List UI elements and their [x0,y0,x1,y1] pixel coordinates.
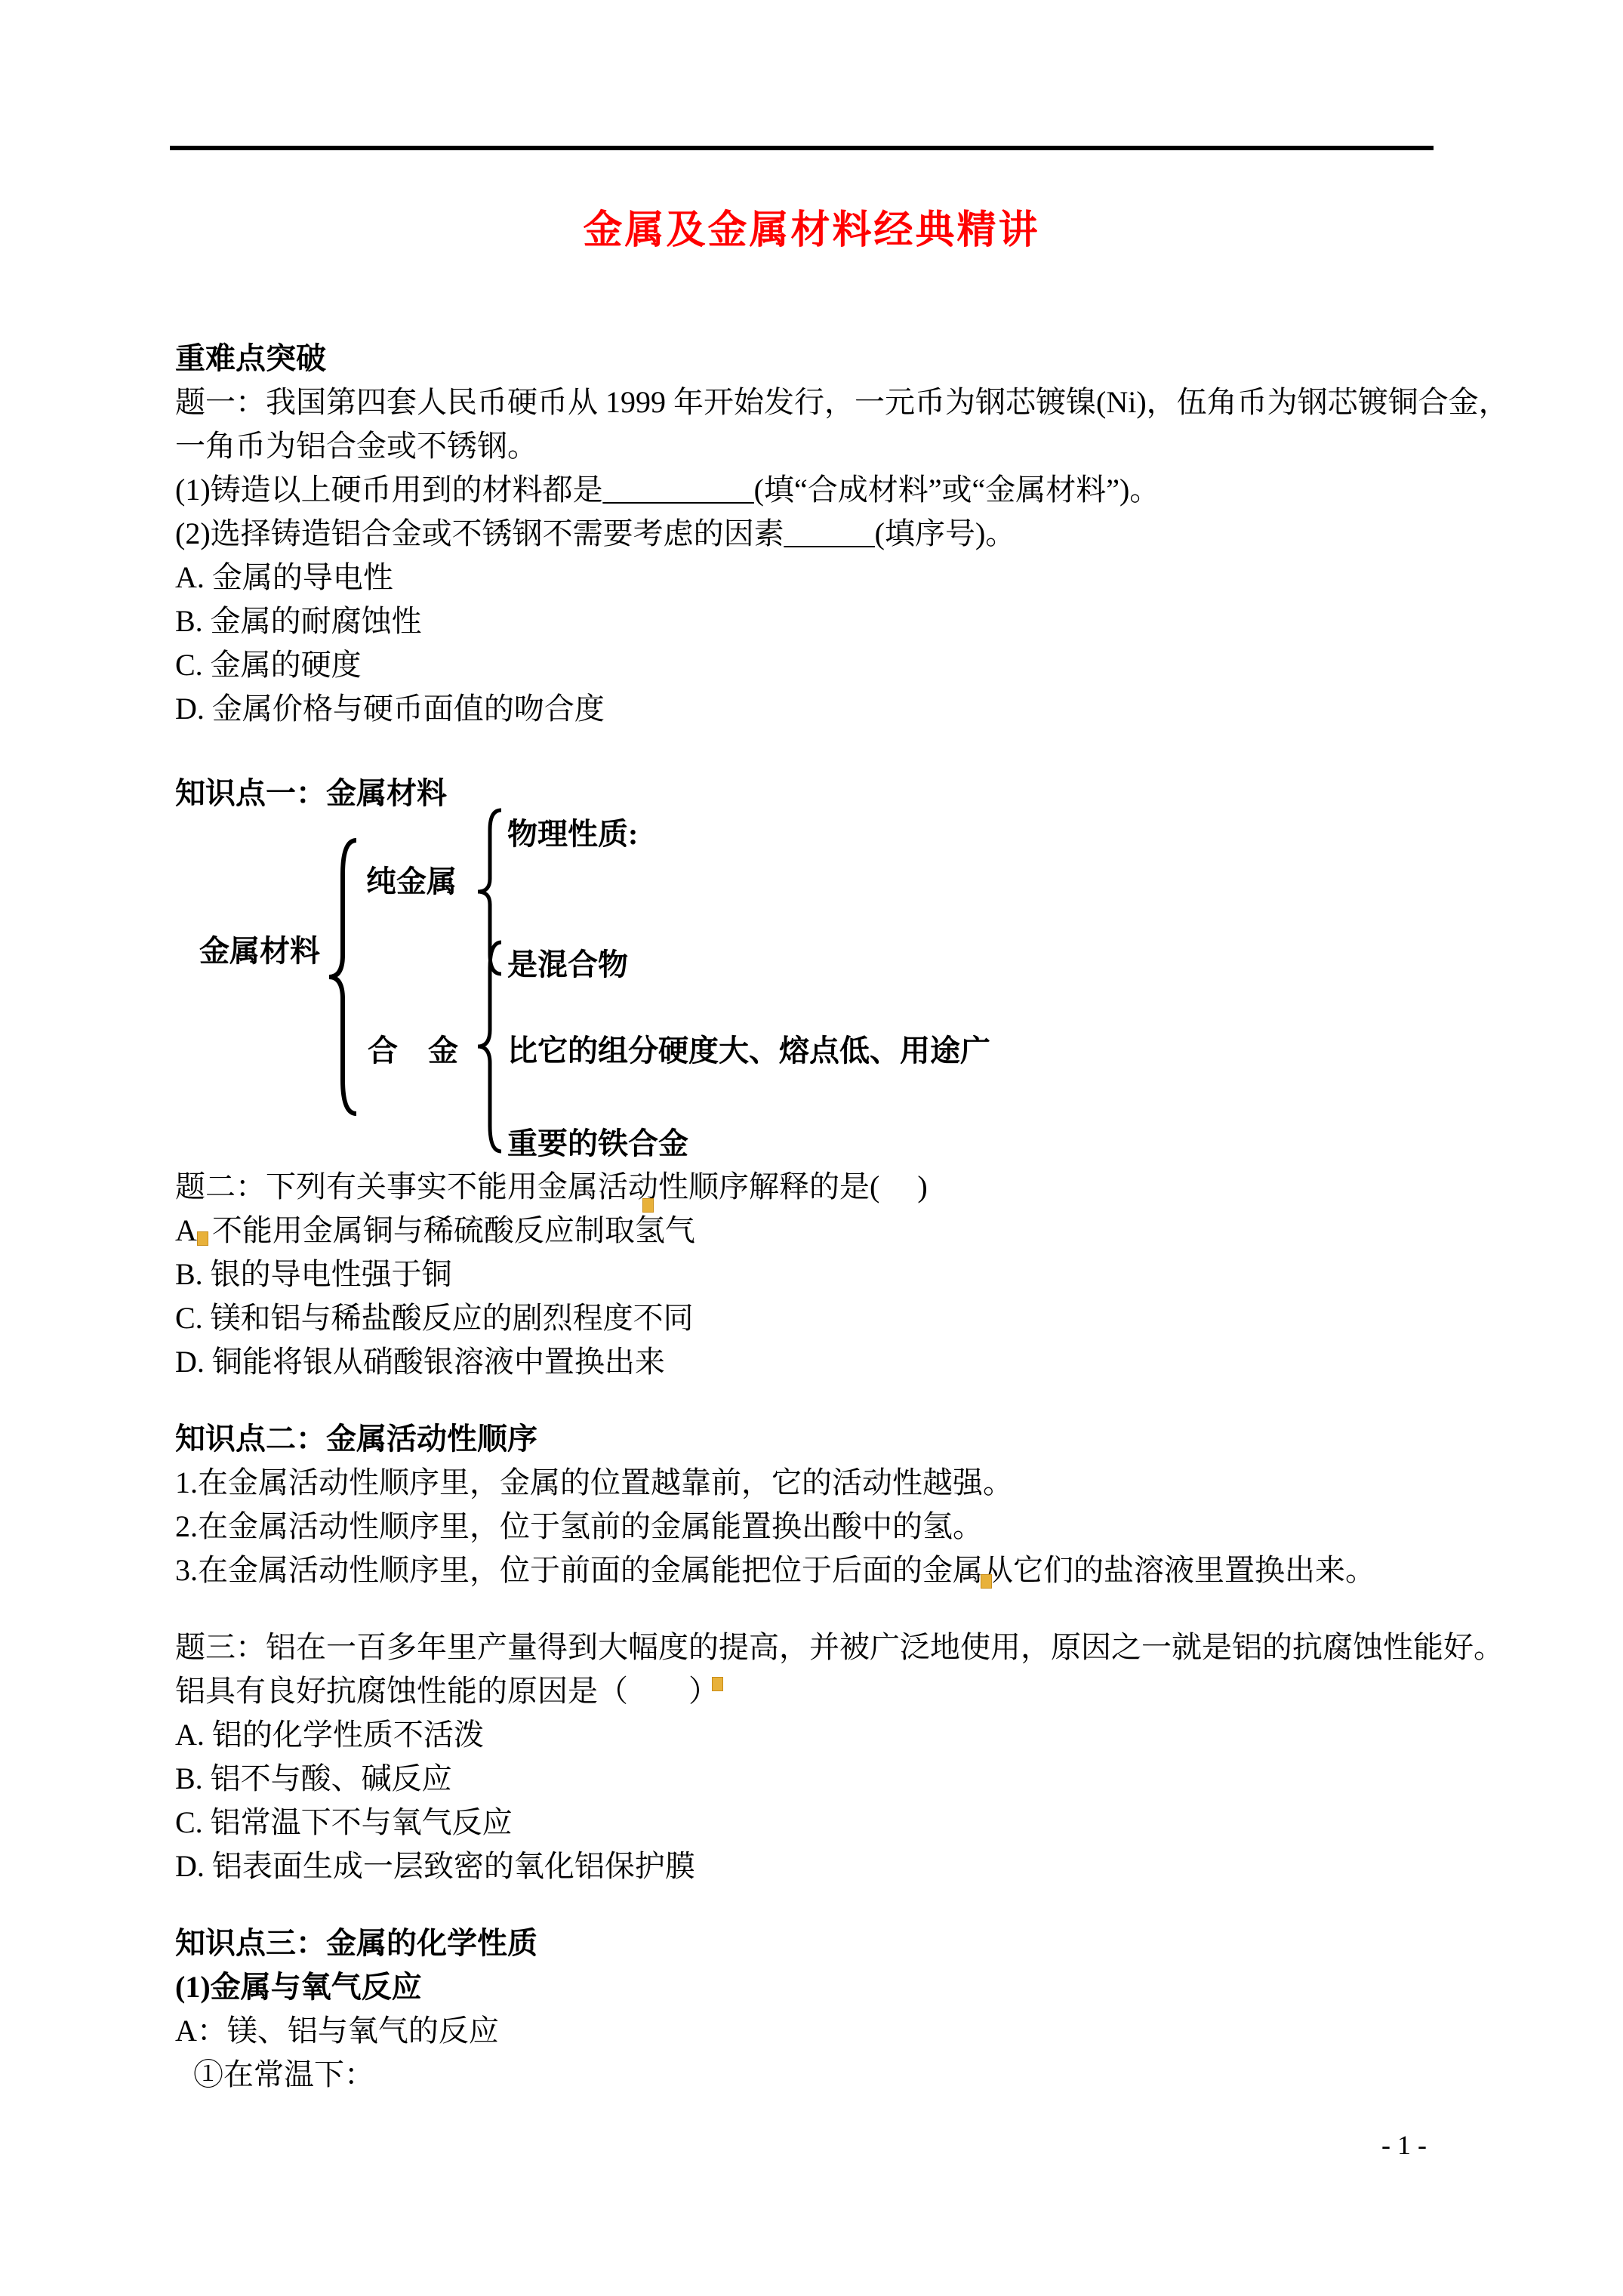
question1-blank2: (2)选择铸造铝合金或不锈钢不需要考虑的因素______(填序号)。 [175,512,1519,556]
question3-option-c: C. 铝常温下不与氧气反应 [175,1801,1519,1845]
question3-stem-line1: 题三：铝在一百多年里产量得到大幅度的提高，并被广泛地使用，原因之一就是铝的抗腐蚀… [175,1626,1519,1669]
knowledge-point1-heading: 知识点一：金属材料 [175,772,1519,815]
diagram-pure-metal-label: 纯金属 [366,865,457,898]
question2-option-b: B. 银的导电性强于铜 [175,1253,1519,1296]
spacer [175,1592,1519,1626]
diagram-alloy-label: 合 金 [368,1034,458,1068]
question1-option-c: C. 金属的硬度 [175,643,1519,687]
document-title: 金属及金属材料经典精讲 [0,198,1623,254]
breakthrough-heading: 重难点突破 [175,337,1519,381]
spacer [175,731,1519,772]
highlight-artifact [713,1678,722,1690]
question1-option-a: A. 金属的导电性 [175,556,1519,599]
knowledge-point3-note: ①在常温下： [175,2053,1519,2097]
knowledge-point2-heading: 知识点二：金属活动性顺序 [175,1417,1519,1461]
spacer [175,1384,1519,1417]
page-number: - 1 - [1381,2129,1427,2161]
knowledge-point2-rule2: 2.在金属活动性顺序里，位于氢前的金属能置换出酸中的氢。 [175,1505,1519,1549]
question3-option-a: A. 铝的化学性质不活泼 [175,1713,1519,1757]
diagram-physical-properties: 物理性质: [507,818,638,851]
question3-stem-line2: 铝具有良好抗腐蚀性能的原因是（ ） [175,1669,1519,1713]
question2-option-a: A. 不能用金属铜与稀硫酸反应制取氢气 [175,1209,1519,1253]
metal-materials-brace-diagram: 金属材料 纯金属 物理性质: 合 金 是混合物 比它的组分硬度大、熔点低、用途广… [175,815,1519,1165]
diagram-root-label: 金属材料 [199,935,320,968]
question1-stem-line2: 一角币为铝合金或不锈钢。 [175,424,1519,468]
highlight-artifact [643,1199,653,1212]
content-column: 重难点突破 题一：我国第四套人民币硬币从 1999 年开始发行，一元币为钢芯镀镍… [175,337,1519,2097]
highlight-artifact [981,1575,991,1588]
diagram-iron-alloys: 重要的铁合金 [507,1127,688,1160]
header-rule [170,146,1434,150]
question2-stem: 题二：下列有关事实不能用金属活动性顺序解释的是( ) [175,1165,1519,1209]
diagram-alloy-properties: 比它的组分硬度大、熔点低、用途广 [507,1034,990,1068]
question2-option-c: C. 镁和铝与稀盐酸反应的剧烈程度不同 [175,1296,1519,1340]
question1-option-b: B. 金属的耐腐蚀性 [175,599,1519,643]
question1-blank1: (1)铸造以上硬币用到的材料都是__________(填“合成材料”或“金属材料… [175,468,1519,512]
alloy-brace [476,940,504,1154]
document-page: 金属及金属材料经典精讲 重难点突破 题一：我国第四套人民币硬币从 1999 年开… [0,0,1623,2296]
question1-stem-line1: 题一：我国第四套人民币硬币从 1999 年开始发行，一元币为钢芯镀镍(Ni)，伍… [175,381,1519,424]
highlight-artifact [198,1232,208,1245]
question1-option-d: D. 金属价格与硬币面值的吻合度 [175,687,1519,731]
knowledge-point3-item-a: A：镁、铝与氧气的反应 [175,2009,1519,2053]
question3-option-d: D. 铝表面生成一层致密的氧化铝保护膜 [175,1845,1519,1888]
knowledge-point2-rule3: 3.在金属活动性顺序里，位于前面的金属能把位于后面的金属从它们的盐溶液里置换出来… [175,1549,1519,1592]
diagram-alloy-mixture: 是混合物 [507,948,628,982]
question2-option-d: D. 铜能将银从硝酸银溶液中置换出来 [175,1340,1519,1384]
knowledge-point3-subheading: (1)金属与氧气反应 [175,1965,1519,2009]
main-brace [326,838,359,1116]
question3-option-b: B. 铝不与酸、碱反应 [175,1757,1519,1801]
knowledge-point3-heading: 知识点三：金属的化学性质 [175,1922,1519,1965]
knowledge-point2-rule1: 1.在金属活动性顺序里，金属的位置越靠前，它的活动性越强。 [175,1461,1519,1505]
spacer [175,1888,1519,1922]
